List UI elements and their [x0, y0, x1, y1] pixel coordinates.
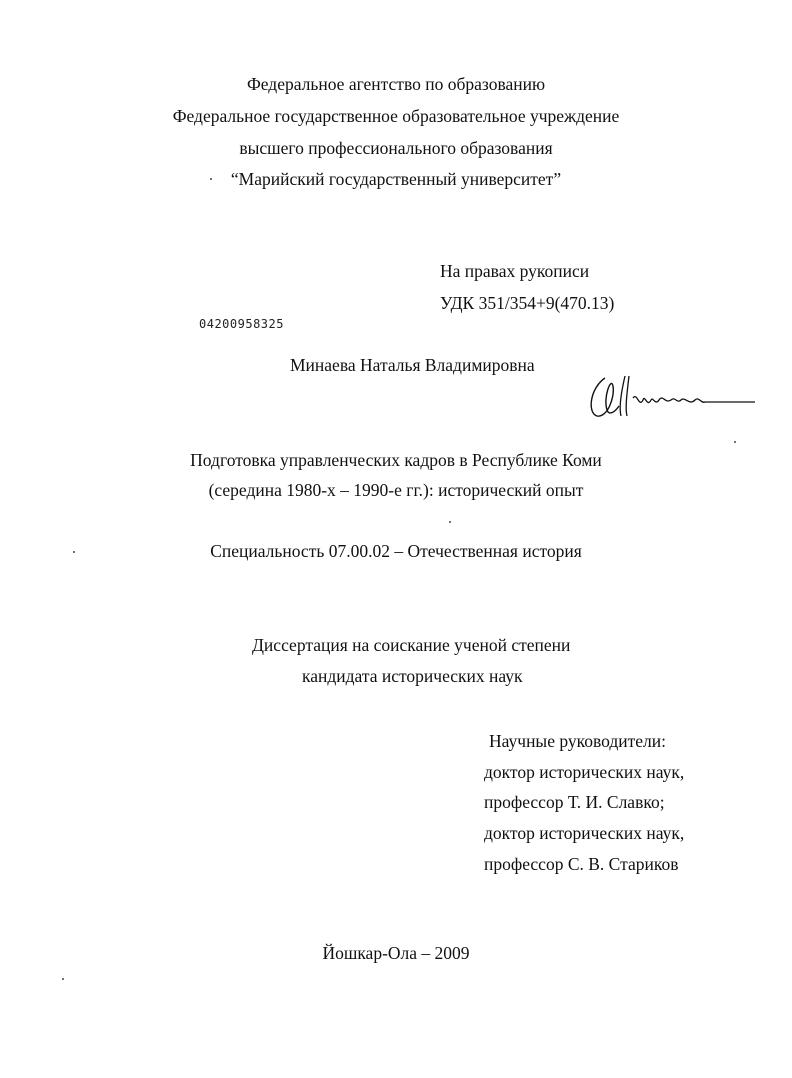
- university-name: “Марийский государственный университет”: [0, 171, 792, 189]
- scan-speck: [210, 178, 212, 180]
- degree-line1: Диссертация на соискание ученой степени: [252, 637, 570, 655]
- dissertation-title-line1: Подготовка управленческих кадров в Респу…: [0, 452, 792, 470]
- scan-speck: [449, 521, 451, 523]
- dissertation-title-line2: (середина 1980-х – 1990-е гг.): историче…: [0, 482, 792, 500]
- supervisor-line: профессор С. В. Стариков: [484, 856, 678, 874]
- library-stamp-number: 04200958325: [199, 317, 284, 331]
- education-level-line: высшего профессионального образования: [0, 140, 792, 158]
- specialty: Специальность 07.00.02 – Отечественная и…: [0, 543, 792, 561]
- supervisor-line: профессор Т. И. Славко;: [484, 794, 665, 812]
- manuscript-rights: На правах рукописи: [440, 263, 589, 281]
- supervisor-line: доктор исторических наук,: [484, 764, 684, 782]
- udc-code: УДК 351/354+9(470.13): [440, 295, 614, 313]
- degree-line2: кандидата исторических наук: [302, 668, 523, 686]
- scan-speck: [734, 441, 736, 443]
- supervisor-line: доктор исторических наук,: [484, 825, 684, 843]
- agency-line: Федеральное агентство по образованию: [0, 76, 792, 94]
- institution-line: Федеральное государственное образователь…: [0, 108, 792, 126]
- scan-speck: [62, 978, 64, 980]
- city-year: Йошкар-Ола – 2009: [0, 945, 792, 963]
- signature-icon: [585, 368, 765, 428]
- author-name: Минаева Наталья Владимировна: [290, 357, 535, 375]
- supervisors-heading: Научные руководители:: [489, 733, 666, 751]
